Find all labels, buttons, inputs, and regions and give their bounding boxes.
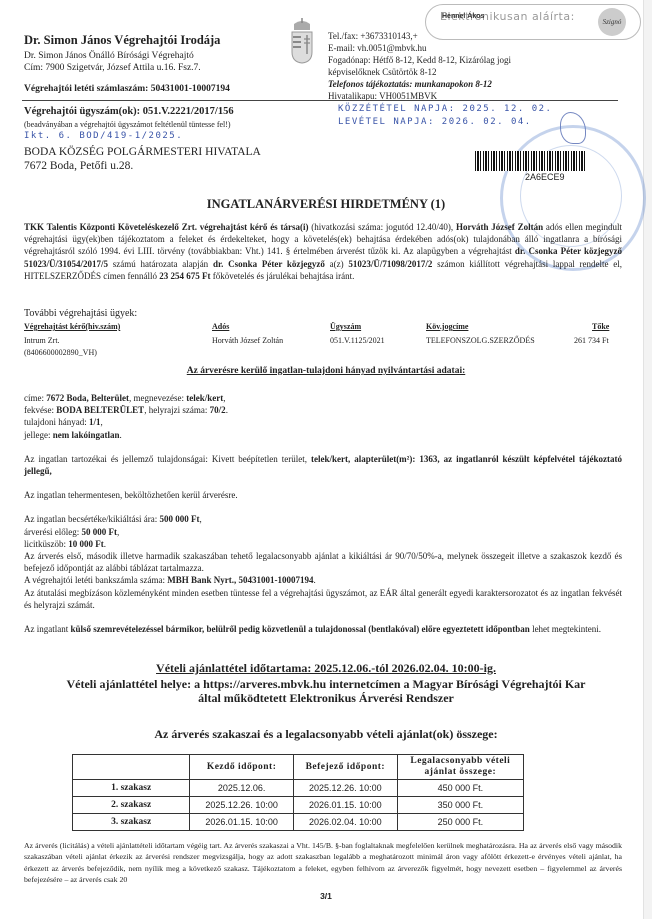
viewing-note: Az ingatlant külső szemrevételezéssel bá… bbox=[24, 623, 622, 635]
contact-info: Tel./fax: +3673310143,+ E-mail: vh.0051@… bbox=[328, 30, 511, 102]
cell-creditor: Intrum Zrt. bbox=[24, 336, 60, 345]
stage-start: 2026.01.15. 10:00 bbox=[190, 814, 294, 831]
label: címe: bbox=[24, 393, 46, 403]
stage-end: 2026.01.15. 10:00 bbox=[293, 797, 397, 814]
cell-creditor-ref: (8406600002890_VH) bbox=[24, 348, 97, 357]
bidding-place: Vételi ajánlattétel helye: a https://arv… bbox=[60, 677, 592, 705]
property-location: BODA BELTERÜLET bbox=[56, 405, 144, 415]
other-cases-label: További végrehajtási ügyek: bbox=[24, 308, 137, 319]
addressee-address: 7672 Boda, Petőfi u.28. bbox=[24, 159, 261, 173]
intro-text: a(z) bbox=[325, 259, 348, 269]
stage-min-bid: 350 000 Ft. bbox=[397, 797, 523, 814]
coat-of-arms-icon bbox=[288, 18, 316, 64]
claim-amount: 23 254 675 Ft bbox=[159, 271, 210, 281]
bidding-period: Vételi ajánlattétel időtartama: 2025.12.… bbox=[0, 661, 652, 676]
label: , megnevezése: bbox=[129, 393, 186, 403]
lot-number: 70/2 bbox=[210, 405, 226, 415]
property-address-line: címe: 7672 Boda, Belterület, megnevezése… bbox=[24, 392, 622, 404]
handwritten-removed-date: LEVÉTEL NAPJA: 2026. 02. 04. bbox=[338, 117, 532, 127]
document-title: INGATLANÁRVERÉSI HIRDETMÉNY (1) bbox=[0, 197, 652, 212]
property-features: Az ingatlan tartozékai és jellemző tulaj… bbox=[24, 453, 622, 477]
addressee-name: BODA KÖZSÉG POLGÁRMESTERI HIVATALA bbox=[24, 145, 261, 159]
header-divider bbox=[22, 100, 618, 101]
handwritten-posted-date: KÖZZÉTÉTEL NAPJA: 2025. 12. 02. bbox=[338, 104, 552, 114]
viewing-text: lehet megtekinteni. bbox=[530, 624, 601, 634]
starting-price: 500 000 Ft bbox=[159, 514, 199, 524]
label: tulajdoni hányad: bbox=[24, 417, 89, 427]
property-share-line: tulajdoni hányad: 1/1, bbox=[24, 416, 622, 428]
label: A végrehajtói letéti bankszámla száma: bbox=[24, 575, 167, 585]
property-location-line: fekvése: BODA BELTERÜLET, helyrajzi szám… bbox=[24, 404, 622, 416]
intro-text: főkövetelés és járulékai behajtása iránt… bbox=[210, 271, 354, 281]
ownership-share: 1/1 bbox=[89, 417, 101, 427]
col-header-claim-type: Köv.jogcíme bbox=[426, 322, 468, 331]
barcode-text: 2A6ECE9 bbox=[525, 172, 565, 182]
reference: (hivatkozási száma: jogutód 12.40/40), bbox=[308, 222, 456, 232]
col-header-start: Kezdő időpont: bbox=[190, 755, 294, 780]
stages-text: Az árverés első, második illetve harmadi… bbox=[24, 550, 622, 574]
intro-paragraph: TKK Talentis Központi Követeléskezelő Zr… bbox=[24, 221, 622, 282]
label: Az ingatlan becsértéke/kikiáltási ára: bbox=[24, 514, 159, 524]
stage-label: 1. szakasz bbox=[73, 780, 190, 797]
stage-end: 2026.02.04. 10:00 bbox=[293, 814, 397, 831]
property-type: nem lakóingatlan bbox=[53, 430, 120, 440]
transfer-note: Az átutalási megbízáson közleményként mi… bbox=[24, 587, 622, 611]
debtor: Horváth József Zoltán bbox=[456, 222, 543, 232]
page-edge bbox=[643, 0, 652, 919]
bank-account: MBH Bank Nyrt., 50431001-10007194 bbox=[167, 575, 313, 585]
bid-step: 10 000 Ft bbox=[68, 539, 104, 549]
viewing-text: Az ingatlant bbox=[24, 624, 71, 634]
col-header-principal: Tőke bbox=[592, 322, 609, 331]
table-header-row: Kezdő időpont: Befejező időpont: Legalac… bbox=[73, 755, 524, 780]
office-subtitle: Dr. Simon János Önálló Bírósági Végrehaj… bbox=[24, 50, 201, 62]
office-hours-lawyers: képviselőknek Csütörtök 8-12 bbox=[328, 66, 511, 78]
deposit: 50 000 Ft bbox=[81, 527, 117, 537]
viewing-bold: külső szemrevételezéssel bármikor, belül… bbox=[71, 624, 530, 634]
stage-start: 2025.12.26. 10:00 bbox=[190, 797, 294, 814]
table-row: 1. szakasz 2025.12.06. 2025.12.26. 10:00… bbox=[73, 780, 524, 797]
case-number: Végrehajtói ügyszám(ok): 051.V.2221/2017… bbox=[24, 106, 234, 117]
features-text: Az ingatlan tartozékai és jellemző tulaj… bbox=[24, 454, 311, 464]
property-heading: Az árverésre kerülő ingatlan-tulajdoni h… bbox=[0, 366, 652, 376]
label: fekvése: bbox=[24, 405, 56, 415]
label: jellege: bbox=[24, 430, 53, 440]
office-info: Dr. Simon János Önálló Bírósági Végrehaj… bbox=[24, 50, 201, 74]
encumbrance-note: Az ingatlan tehermentesen, beköltözhetőe… bbox=[24, 489, 622, 501]
addressee: BODA KÖZSÉG POLGÁRMESTERI HIVATALA 7672 … bbox=[24, 145, 261, 173]
label: , helyrajzi száma: bbox=[144, 405, 209, 415]
page-number: 3/1 bbox=[0, 891, 652, 901]
account-number: Végrehajtói letéti számlaszám: 50431001-… bbox=[24, 84, 230, 94]
stage-min-bid: 250 000 Ft. bbox=[397, 814, 523, 831]
cell-principal: 261 734 Ft bbox=[574, 336, 609, 345]
table-row: 2. szakasz 2025.12.26. 10:00 2026.01.15.… bbox=[73, 797, 524, 814]
col-header-case: Ügyszám bbox=[330, 322, 361, 331]
stage-min-bid: 450 000 Ft. bbox=[397, 780, 523, 797]
property-address: 7672 Boda, Belterület bbox=[46, 393, 129, 403]
property-name: telek/kert bbox=[186, 393, 223, 403]
col-header-creditor: Végrehajtást kérő(hiv.szám) bbox=[24, 322, 120, 331]
table-row: 3. szakasz 2026.01.15. 10:00 2026.02.04.… bbox=[73, 814, 524, 831]
intro-text: számú határozata alapján bbox=[108, 259, 213, 269]
property-details: címe: 7672 Boda, Belterület, megnevezése… bbox=[24, 392, 622, 635]
col-header-end: Befejező időpont: bbox=[293, 755, 397, 780]
footer-text: Az árverés (licitálás) a vételi ajánlatt… bbox=[24, 840, 622, 885]
notary: dr. Csonka Péter közjegyző bbox=[213, 259, 325, 269]
phone-info: Telefonos tájékoztatás: munkanapokon 8-1… bbox=[328, 78, 511, 90]
deposit-line: árverési előleg: 50 000 Ft, bbox=[24, 526, 622, 538]
bid-step-line: licitküszöb: 10 000 Ft. bbox=[24, 538, 622, 550]
stages-table: Kezdő időpont: Befejező időpont: Legalac… bbox=[72, 754, 524, 831]
cell-debtor: Horváth József Zoltán bbox=[212, 336, 283, 345]
case-note: (beadványában a végrehajtói ügyszámot fe… bbox=[24, 120, 231, 129]
stage-start: 2025.12.06. bbox=[190, 780, 294, 797]
label: licitküszöb: bbox=[24, 539, 68, 549]
value-line: Az ingatlan becsértéke/kikiáltási ára: 5… bbox=[24, 513, 622, 525]
seal-icon: Szignó bbox=[598, 8, 626, 36]
col-header-min-bid: Legalacsonyabb vételi ajánlat összege: bbox=[397, 755, 523, 780]
email: E-mail: vh.0051@mbvk.hu bbox=[328, 42, 511, 54]
col-header-debtor: Adós bbox=[212, 322, 229, 331]
office-title: Dr. Simon János Végrehajtói Irodája bbox=[24, 33, 220, 48]
office-hours: Fogadónap: Hétfő 8-12, Kedd 8-12, Kizáró… bbox=[328, 54, 511, 66]
stage-end: 2025.12.26. 10:00 bbox=[293, 780, 397, 797]
office-address: Cím: 7900 Szigetvár, József Attila u.16.… bbox=[24, 62, 201, 74]
cell-claim-type: TELEFONSZOLG.SZERZŐDÉS bbox=[426, 336, 535, 345]
stages-table-title: Az árverés szakaszai és a legalacsonyabb… bbox=[0, 727, 652, 742]
signer-name: Hennel Ákos bbox=[442, 13, 484, 20]
label: árverési előleg: bbox=[24, 527, 81, 537]
cell-case: 051.V.1125/2021 bbox=[330, 336, 385, 345]
col-header-stage bbox=[73, 755, 190, 780]
stage-label: 2. szakasz bbox=[73, 797, 190, 814]
writ-number: 51023/Ü/71098/2017/2 bbox=[348, 259, 432, 269]
bank-line: A végrehajtói letéti bankszámla száma: M… bbox=[24, 574, 622, 586]
handwritten-reference: Ikt. 6. BOD/419-1/2025. bbox=[24, 131, 183, 141]
electronic-signature-box[interactable]: Elektronikusan aláírta: Hennel Ákos Szig… bbox=[425, 4, 641, 40]
barcode bbox=[475, 151, 585, 171]
property-type-line: jellege: nem lakóingatlan. bbox=[24, 429, 622, 441]
creditor: TKK Talentis Központi Követeléskezelő Zr… bbox=[24, 222, 308, 232]
stage-label: 3. szakasz bbox=[73, 814, 190, 831]
